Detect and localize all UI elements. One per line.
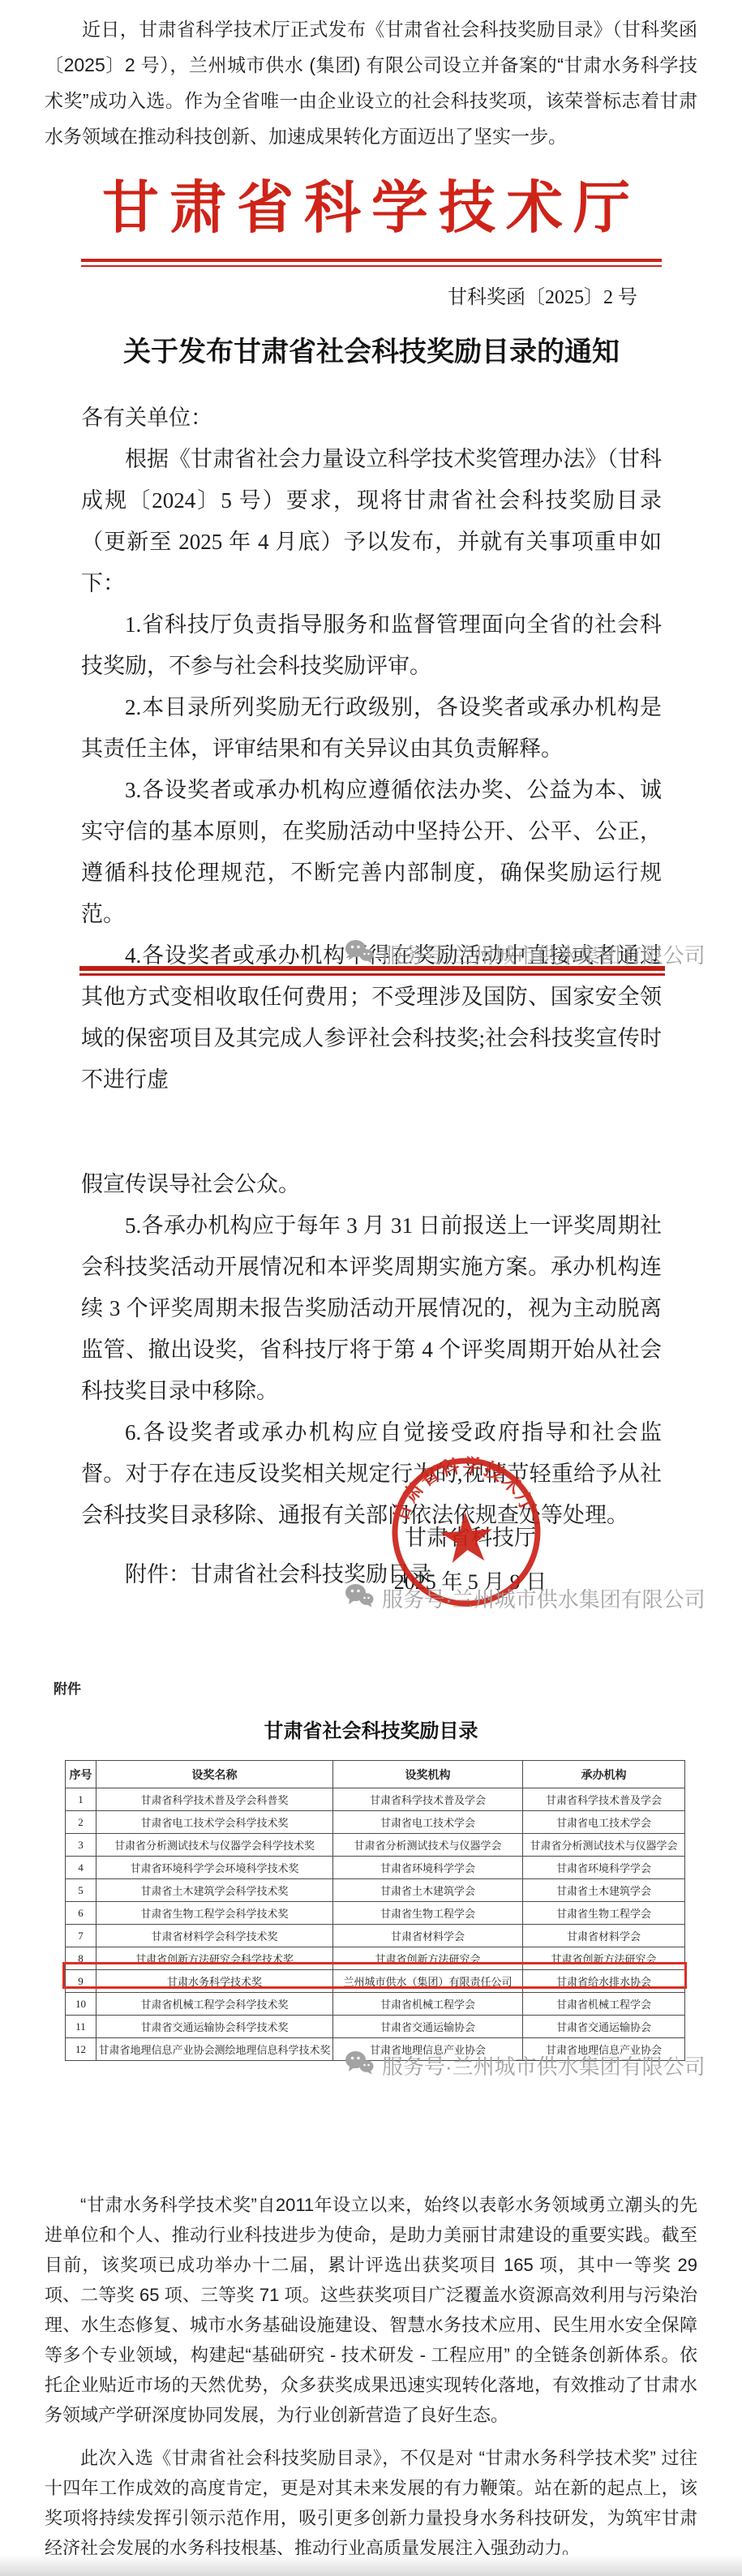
wechat-icon [345, 2050, 374, 2080]
outro-paragraph-1: “甘肃水务科学技术奖”自2011年设立以来，始终以表彰水务领域勇立潮头的先进单位… [45, 2190, 697, 2430]
table-cell: 甘肃省交通运输协会 [523, 2016, 685, 2038]
table-cell: 7 [66, 1925, 97, 1947]
table-row: 4甘肃省环境科学学会环境科学技术奖甘肃省环境科学学会甘肃省环境科学学会 [66, 1857, 685, 1879]
table-cell: 甘肃省环境科学学会 [523, 1857, 685, 1879]
letter-paragraph: 1.省科技厅负责指导服务和监督管理面向全省的社会科技奖励，不参与社会科技奖励评审… [81, 604, 662, 687]
table-cell: 甘肃省创新方法研究会 [523, 1947, 685, 1970]
table-cell: 甘肃省生物工程学会 [333, 1902, 523, 1925]
notice-title: 关于发布甘肃省社会科技奖励目录的通知 [81, 329, 662, 369]
table-cell: 甘肃省机械工程学会 [523, 1993, 685, 2016]
table-cell: 甘肃省科学技术普及学会科普奖 [97, 1788, 333, 1811]
watermark: 服务号·兰州城市供水集团有限公司 [345, 2050, 706, 2080]
table-cell: 甘肃省机械工程学会 [333, 1993, 523, 2016]
table-header-row: 序号 设奖名称 设奖机构 承办机构 [66, 1761, 685, 1788]
letter-paragraph: 2.本目录所列奖励无行政级别，各设奖者或承办机构是其责任主体，评审结果和有关异议… [81, 687, 662, 770]
col-header-award-name: 设奖名称 [97, 1761, 333, 1788]
table-cell: 甘肃省环境科学学会环境科学技术奖 [97, 1857, 333, 1879]
table-cell: 甘肃省材料学会 [333, 1925, 523, 1947]
letter-paragraph: 假宣传误导社会公众。 [81, 1164, 662, 1205]
table-cell: 11 [66, 2016, 97, 2038]
letterhead-double-rule [81, 259, 662, 267]
table-cell: 甘肃省材料学会科学技术奖 [97, 1925, 333, 1947]
table-cell: 5 [66, 1879, 97, 1902]
table-cell: 甘肃省科学技术普及学会 [523, 1788, 685, 1811]
letter-paragraph: 6.各设奖者或承办机构应自觉接受政府指导和社会监督。对于存在违反设奖相关规定行为… [81, 1412, 662, 1536]
col-header-undertaking-org: 承办机构 [523, 1761, 685, 1788]
table-row: 1甘肃省科学技术普及学会科普奖甘肃省科学技术普及学会甘肃省科学技术普及学会 [66, 1788, 685, 1811]
attachment-label: 附件 [54, 1677, 81, 1698]
table-row: 5甘肃省土木建筑学会科学技术奖甘肃省土木建筑学会甘肃省土木建筑学会 [66, 1879, 685, 1902]
table-cell: 甘肃省分析测试技术与仪器学会 [333, 1834, 523, 1857]
letterhead-agency-title: 甘肃省科学技术厅 [81, 162, 662, 244]
table-cell: 4 [66, 1857, 97, 1879]
table-cell: 甘肃省土木建筑学会科学技术奖 [97, 1879, 333, 1902]
intro-paragraph: 近日，甘肃省科学技术厅正式发布《甘肃省社会科技奖励目录》（甘科奖函〔2025〕2… [45, 11, 697, 154]
document-number: 甘科奖函〔2025〕2 号 [81, 281, 662, 309]
bottom-fade-bar [0, 2555, 742, 2576]
table-cell: 12 [66, 2038, 97, 2061]
table-cell: 甘肃省地理信息产业协会测绘地理信息科学技术奖 [97, 2038, 333, 2061]
table-cell: 甘肃省电工技术学会科学技术奖 [97, 1811, 333, 1834]
letter-paragraph: 各有关单位： [81, 397, 662, 439]
table-cell: 甘肃省土木建筑学会 [333, 1879, 523, 1902]
table-row: 3甘肃省分析测试技术与仪器学会科学技术奖甘肃省分析测试技术与仪器学会甘肃省分析测… [66, 1834, 685, 1857]
table-cell: 甘肃省交通运输协会 [333, 2016, 523, 2038]
table-cell: 甘肃省环境科学学会 [333, 1857, 523, 1879]
table-row: 7甘肃省材料学会科学技术奖甘肃省材料学会甘肃省材料学会 [66, 1925, 685, 1947]
table-cell: 1 [66, 1788, 97, 1811]
table-cell: 甘肃省创新方法研究会 [333, 1947, 523, 1970]
table-cell: 3 [66, 1834, 97, 1857]
wechat-icon [345, 939, 374, 969]
table-cell: 甘肃省生物工程学会 [523, 1902, 685, 1925]
wechat-article-page: 近日，甘肃省科学技术厅正式发布《甘肃省社会科技奖励目录》（甘科奖函〔2025〕2… [0, 0, 742, 2576]
letter-paragraph: 3.各设奖者或承办机构应遵循依法办奖、公益为本、诚实守信的基本原则，在奖励活动中… [81, 770, 662, 935]
table-cell: 甘肃省科学技术普及学会 [333, 1788, 523, 1811]
table-cell: 甘肃水务科学技术奖 [97, 1970, 333, 1993]
table-cell: 甘肃省电工技术学会 [333, 1811, 523, 1834]
table-cell: 10 [66, 1993, 97, 2016]
letter-body: 各有关单位：根据《甘肃省社会力量设立科学技术奖管理办法》（甘科成规〔2024〕5… [81, 397, 662, 1595]
table-cell: 6 [66, 1902, 97, 1925]
table-row: 9甘肃水务科学技术奖兰州城市供水（集团）有限责任公司甘肃省给水排水协会 [66, 1970, 685, 1993]
table-cell: 8 [66, 1947, 97, 1970]
col-header-establishing-org: 设奖机构 [333, 1761, 523, 1788]
outro-paragraph-2: 此次入选《甘肃省社会科技奖励目录》，不仅是对 “甘肃水务科学技术奖” 过往十四年… [45, 2443, 697, 2563]
watermark-text: 服务号·兰州城市供水集团有限公司 [382, 2050, 706, 2080]
table-cell: 甘肃省机械工程学会科学技术奖 [97, 1993, 333, 2016]
table-row: 2甘肃省电工技术学会科学技术奖甘肃省电工技术学会甘肃省电工技术学会 [66, 1811, 685, 1834]
table-row: 6甘肃省生物工程学会科学技术奖甘肃省生物工程学会甘肃省生物工程学会 [66, 1902, 685, 1925]
table-cell: 甘肃省分析测试技术与仪器学会 [523, 1834, 685, 1857]
wechat-icon [345, 1583, 374, 1613]
letter-paragraph: 根据《甘肃省社会力量设立科学技术奖管理办法》（甘科成规〔2024〕5 号）要求，… [81, 439, 662, 604]
attachment-table-title: 甘肃省社会科技奖励目录 [0, 1715, 742, 1743]
table-cell: 甘肃省分析测试技术与仪器学会科学技术奖 [97, 1834, 333, 1857]
watermark-text: 服务号·兰州城市供水集团有限公司 [382, 939, 706, 969]
letter-paragraph: 5.各承办机构应于每年 3 月 31 日前报送上一评奖周期社会科技奖活动开展情况… [81, 1205, 662, 1412]
table-cell: 9 [66, 1970, 97, 1993]
watermark-text: 服务号·兰州城市供水集团有限公司 [382, 1583, 706, 1613]
table-row: 8甘肃省创新方法研究会科学技术奖甘肃省创新方法研究会甘肃省创新方法研究会 [66, 1947, 685, 1970]
table-cell: 甘肃省给水排水协会 [523, 1970, 685, 1993]
col-header-index: 序号 [66, 1761, 97, 1788]
watermark: 服务号·兰州城市供水集团有限公司 [345, 1583, 706, 1613]
table-cell: 甘肃省生物工程学会科学技术奖 [97, 1902, 333, 1925]
table-cell: 兰州城市供水（集团）有限责任公司 [333, 1970, 523, 1993]
table-cell: 甘肃省交通运输协会科学技术奖 [97, 2016, 333, 2038]
watermark: 服务号·兰州城市供水集团有限公司 [345, 939, 706, 969]
table-cell: 甘肃省材料学会 [523, 1925, 685, 1947]
table-cell: 2 [66, 1811, 97, 1834]
table-cell: 甘肃省土木建筑学会 [523, 1879, 685, 1902]
table-row: 11甘肃省交通运输协会科学技术奖甘肃省交通运输协会甘肃省交通运输协会 [66, 2016, 685, 2038]
table-cell: 甘肃省创新方法研究会科学技术奖 [97, 1947, 333, 1970]
table-row: 10甘肃省机械工程学会科学技术奖甘肃省机械工程学会甘肃省机械工程学会 [66, 1993, 685, 2016]
table-cell: 甘肃省电工技术学会 [523, 1811, 685, 1834]
award-catalog-table: 序号 设奖名称 设奖机构 承办机构 1甘肃省科学技术普及学会科普奖甘肃省科学技术… [65, 1760, 685, 2061]
